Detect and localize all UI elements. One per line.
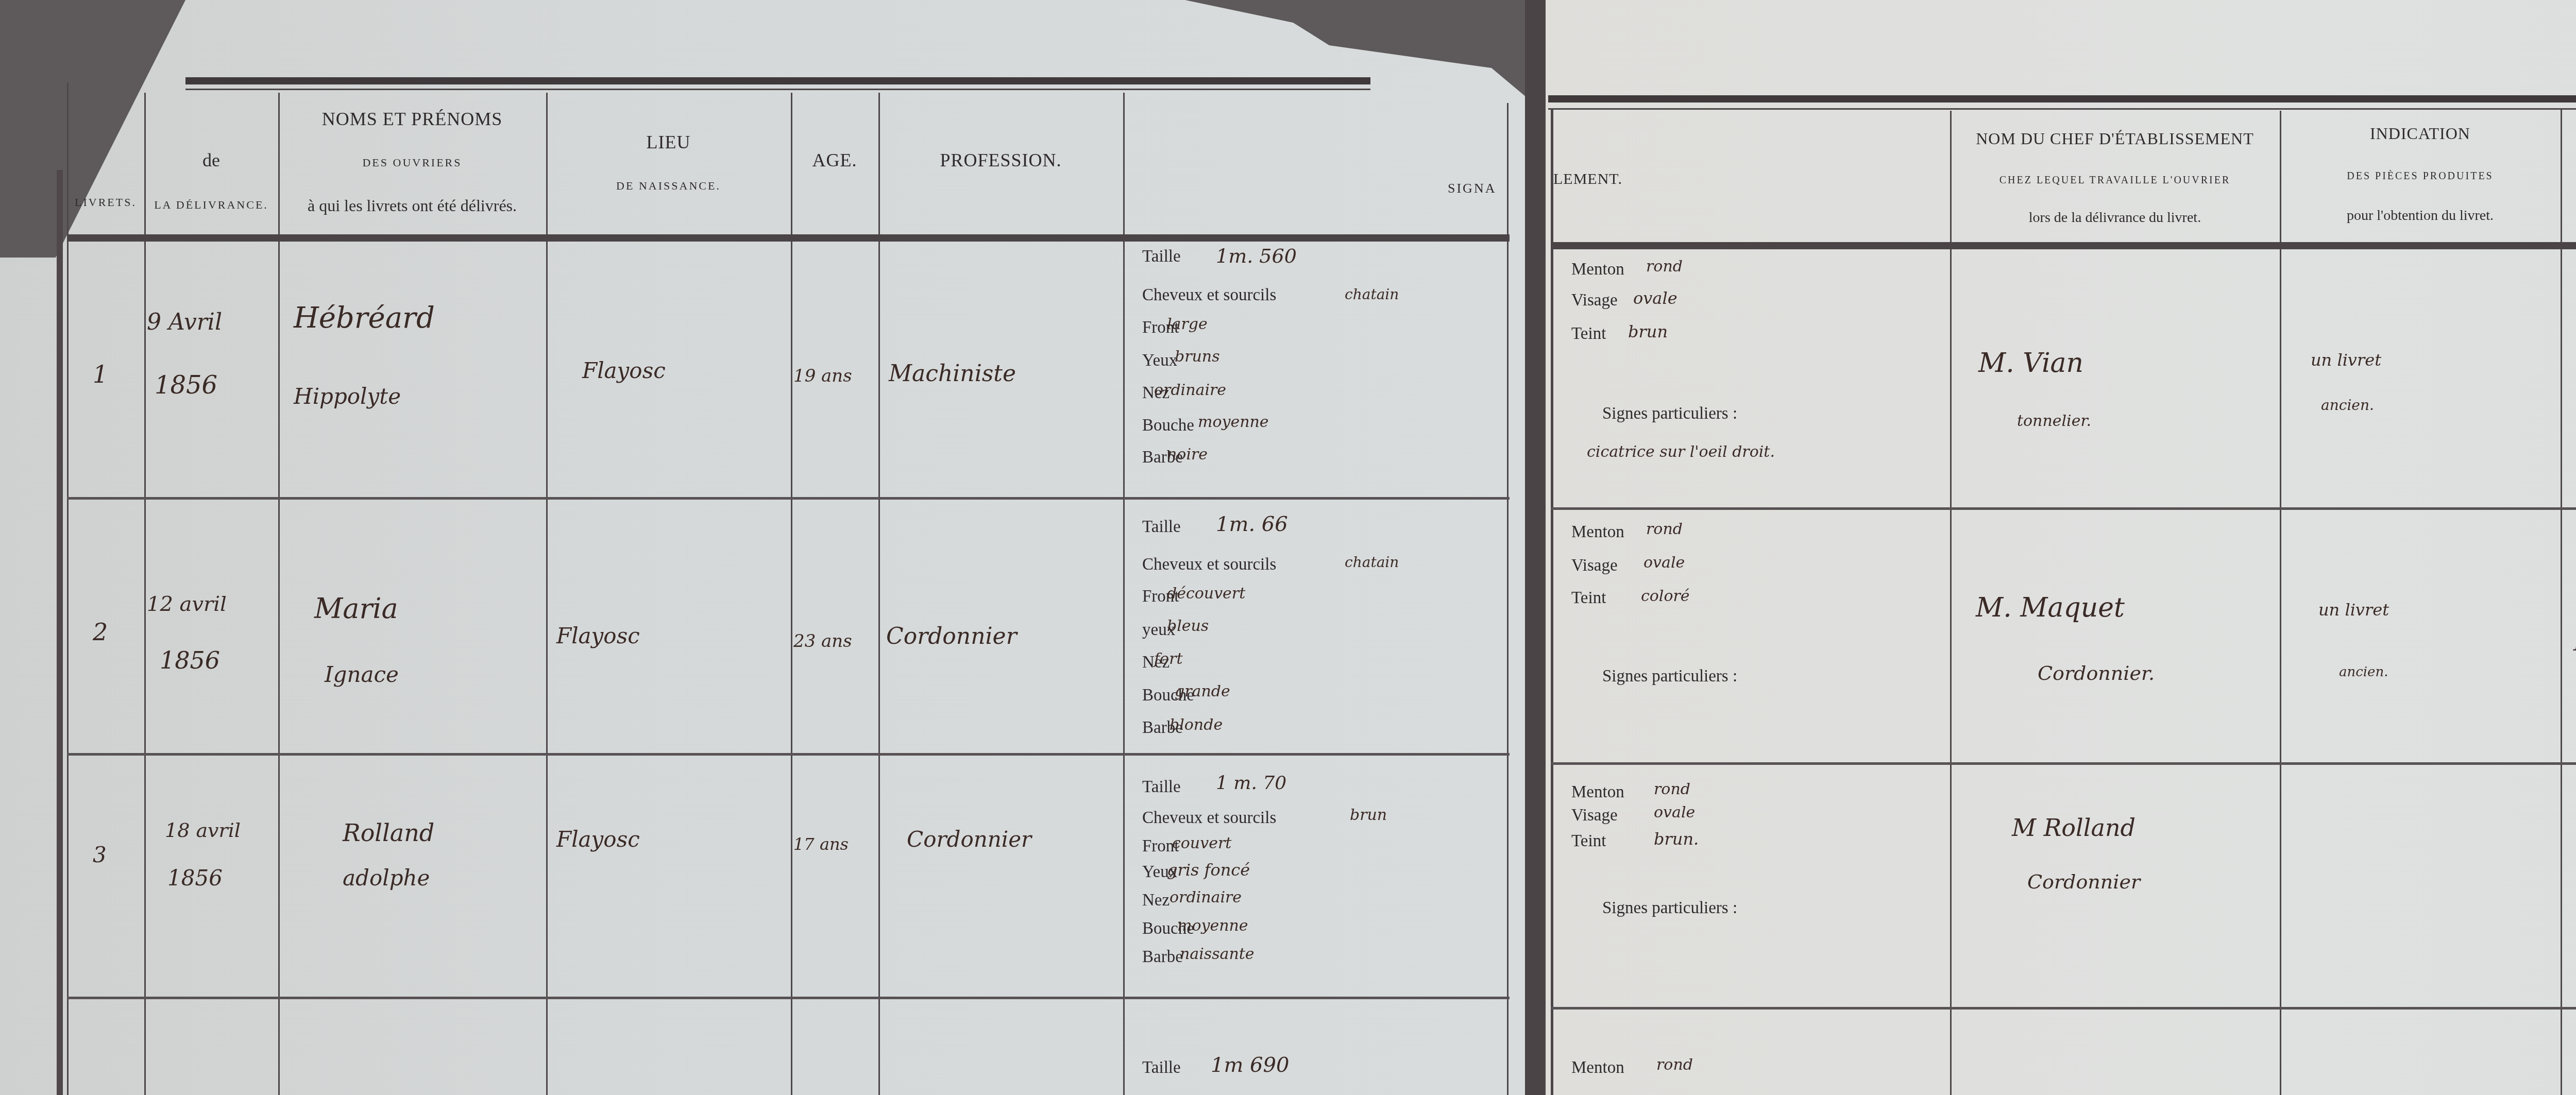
entry-first-name: Hippolyte xyxy=(294,384,401,409)
header-date: de LA DÉLIVRANCE. xyxy=(144,149,278,212)
header-numero: LIVRETS. xyxy=(67,196,144,209)
entry-chef-trade: Cordonnier xyxy=(2027,870,2140,893)
entry-menton: rond xyxy=(1656,1056,1693,1074)
entry-cheveux: chatain xyxy=(1345,554,1399,571)
entry-year: 1856 xyxy=(160,646,220,674)
entry-menton: rond xyxy=(1646,520,1683,538)
entry-profession: Cordonnier xyxy=(886,623,1017,649)
entry-pieces-1: un livret xyxy=(2318,600,2389,620)
entry-front: couvert xyxy=(1172,834,1231,852)
header-noms-sub: DES OUVRIERS xyxy=(278,156,546,169)
entry-date: 18 avril xyxy=(165,819,241,842)
header-signalement-right: LEMENT. xyxy=(1553,170,1656,189)
entry-barbe: naissante xyxy=(1180,945,1255,963)
entry-bouche: moyenne xyxy=(1177,917,1248,935)
entry-bouche: grande xyxy=(1175,682,1230,700)
entry-pieces-2: ancien. xyxy=(2321,397,2374,414)
top-thin-rule-right xyxy=(1548,108,2576,110)
entry-birthplace: Flayosc xyxy=(582,358,666,383)
entry-chef-name: M Rolland xyxy=(2012,814,2136,842)
column-divider xyxy=(546,93,548,1095)
entry-menton: rond xyxy=(1654,780,1690,798)
header-profession-title: PROFESSION. xyxy=(878,149,1123,172)
column-divider xyxy=(878,93,880,1095)
column-divider xyxy=(1123,93,1125,1095)
entry-number: 1 xyxy=(93,361,108,388)
entry-chef-name: M. Vian xyxy=(1978,348,2083,379)
entry-cheveux: brun xyxy=(1350,806,1387,824)
entry-profession: Cordonnier xyxy=(907,827,1031,852)
entry-signes: cicatrice sur l'oeil droit. xyxy=(1587,443,1775,461)
header-visa: VISA POUR PASSE-PORT. xyxy=(2561,144,2576,203)
header-date-de: de xyxy=(144,149,278,172)
entry-yeux: bleus xyxy=(1167,617,1209,635)
column-divider xyxy=(1551,108,1553,1095)
column-divider xyxy=(1950,111,1952,1095)
entry-nez: ordinaire xyxy=(1154,381,1226,399)
entry-surname: Maria xyxy=(314,592,398,625)
header-indication: INDICATION DES PIÈCES PRODUITES pour l'o… xyxy=(2280,124,2561,225)
entry-number: 3 xyxy=(93,842,107,867)
column-divider xyxy=(278,93,280,1095)
entry-barbe: blonde xyxy=(1170,716,1223,734)
entry-birthplace: Flayosc xyxy=(556,827,640,852)
header-lieu: LIEU DE NAISSANCE. xyxy=(546,131,791,193)
entry-number: 2 xyxy=(93,618,108,646)
torn-corner xyxy=(0,0,185,258)
row-rule xyxy=(67,753,1510,756)
entry-nez: fort xyxy=(1154,650,1183,668)
entry-pieces-1: un livret xyxy=(2311,350,2381,370)
entry-front: découvert xyxy=(1167,585,1245,603)
header-profession: PROFESSION. xyxy=(878,149,1123,172)
entry-profession: Machiniste xyxy=(889,361,1016,387)
header-numero-label: LIVRETS. xyxy=(67,196,144,209)
entry-visage: ovale xyxy=(1633,288,1677,308)
row-rule xyxy=(1551,507,2576,510)
column-divider xyxy=(144,93,146,1095)
entry-date: 9 Avril xyxy=(147,309,222,335)
header-chef: NOM DU CHEF D'ÉTABLISSEMENT CHEZ LEQUEL … xyxy=(1950,129,2280,227)
header-rule-right xyxy=(1551,242,2576,249)
entry-age: 23 ans xyxy=(793,631,852,652)
entry-date: 12 avril xyxy=(147,592,227,616)
entry-chef-trade: Cordonnier. xyxy=(2038,662,2155,685)
book-gutter xyxy=(1525,0,1546,1095)
left-border-rule xyxy=(57,170,63,1095)
entry-surname: Hébréard xyxy=(294,301,435,335)
entry-taille: 1 m. 70 xyxy=(1216,773,1286,794)
header-lieu-sub: DE NAISSANCE. xyxy=(546,179,791,193)
top-thin-rule xyxy=(185,89,1370,90)
entry-taille: 1m 690 xyxy=(1211,1053,1289,1077)
row-rule xyxy=(1551,1007,2576,1010)
entry-first-name: adolphe xyxy=(343,865,430,891)
entry-bouche: moyenne xyxy=(1198,413,1269,431)
entry-taille: 1m. 66 xyxy=(1216,512,1288,536)
entry-nez: ordinaire xyxy=(1170,888,1242,906)
header-noms-title: NOMS ET PRÉNOMS xyxy=(278,108,546,130)
header-date-label: LA DÉLIVRANCE. xyxy=(144,198,278,212)
entry-yeux: gris foncé xyxy=(1167,860,1250,880)
top-border-rule-right xyxy=(1548,95,2576,102)
column-divider xyxy=(2280,111,2281,1095)
entry-pieces-2: ancien. xyxy=(2339,664,2388,680)
entry-visa: Hyères xyxy=(2573,628,2576,656)
entry-chef-trade: tonnelier. xyxy=(2017,412,2091,430)
entry-yeux: bruns xyxy=(1175,348,1220,366)
column-divider xyxy=(1507,103,1509,1095)
row-rule xyxy=(1551,762,2576,765)
top-border-rule xyxy=(185,77,1370,84)
row-rule xyxy=(67,997,1510,999)
entry-age: 19 ans xyxy=(793,366,852,386)
entry-front: large xyxy=(1167,315,1208,333)
header-signalement-left: SIGNA xyxy=(1448,180,1510,196)
header-noms-desc: à qui les livrets ont été délivrés. xyxy=(278,196,546,215)
entry-birthplace: Flayosc xyxy=(556,623,640,648)
entry-taille: 1m. 560 xyxy=(1216,245,1297,267)
header-noms: NOMS ET PRÉNOMS DES OUVRIERS à qui les l… xyxy=(278,108,546,215)
row-rule xyxy=(67,497,1510,500)
entry-year: 1856 xyxy=(155,371,217,400)
entry-visage: ovale xyxy=(1643,554,1685,572)
header-age: AGE. xyxy=(791,149,878,172)
entry-menton: rond xyxy=(1646,258,1683,276)
entry-first-name: Ignace xyxy=(325,662,399,687)
entry-surname: Rolland xyxy=(343,819,434,847)
entry-teint: brun xyxy=(1628,322,1668,341)
header-lieu-title: LIEU xyxy=(546,131,791,153)
header-age-title: AGE. xyxy=(791,149,878,172)
entry-chef-name: M. Maquet xyxy=(1976,592,2125,623)
entry-teint: coloré xyxy=(1641,587,1690,605)
entry-cheveux: chatain xyxy=(1345,286,1399,303)
column-divider xyxy=(2561,108,2562,1095)
column-divider xyxy=(791,93,792,1095)
header-rule xyxy=(67,234,1510,242)
entry-teint: brun. xyxy=(1654,829,1699,849)
entry-year: 1856 xyxy=(167,865,223,891)
entry-age: 17 ans xyxy=(793,834,849,854)
entry-barbe: noire xyxy=(1167,446,1208,464)
entry-visage: ovale xyxy=(1654,803,1695,822)
